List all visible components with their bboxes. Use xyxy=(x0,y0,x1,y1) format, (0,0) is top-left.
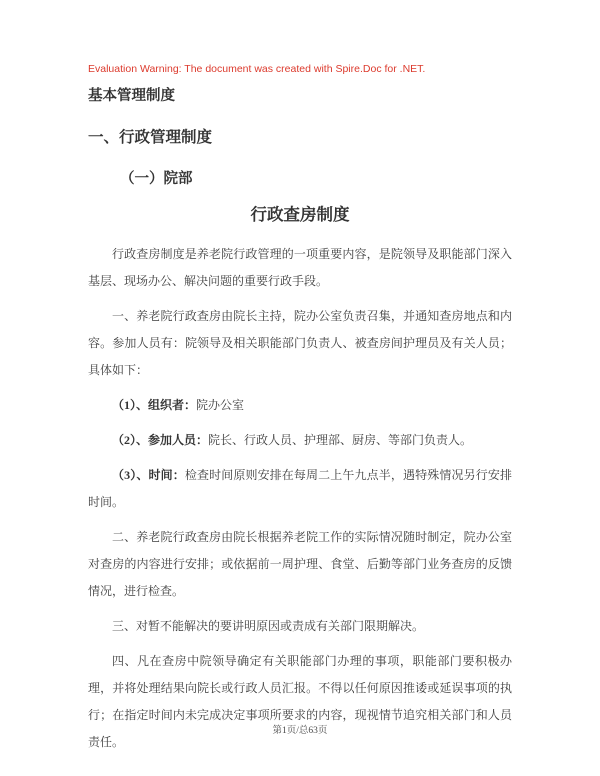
sub-item-3-label: （3）、时间： xyxy=(112,468,185,482)
heading-yuan-bu: （一）院部 xyxy=(88,167,512,188)
sub-item-1: （1）、组织者：院办公室 xyxy=(88,392,512,419)
heading-basic-management-system: 基本管理制度 xyxy=(88,84,512,105)
list-item-1: 一、养老院行政查房由院长主持，院办公室负责召集，并通知查房地点和内容。参加人员有… xyxy=(88,303,512,384)
sub-item-1-text: 院办公室 xyxy=(196,398,244,412)
sub-item-2-text: 院长、行政人员、护理部、厨房、等部门负责人。 xyxy=(208,433,472,447)
paragraph-intro: 行政查房制度是养老院行政管理的一项重要内容，是院领导及职能部门深入基层、现场办公… xyxy=(88,241,512,295)
list-item-2: 二、养老院行政查房由院长根据养老院工作的实际情况随时制定，院办公室对查房的内容进… xyxy=(88,524,512,605)
list-item-3: 三、对暂不能解决的要讲明原因或责成有关部门限期解决。 xyxy=(88,613,512,640)
document-title: 行政查房制度 xyxy=(88,201,512,225)
list-item-4: 四、凡在查房中院领导确定有关职能部门办理的事项，职能部门要积极办理，并将处理结果… xyxy=(88,648,512,756)
heading-administrative-management-system: 一、行政管理制度 xyxy=(88,125,512,147)
sub-item-3: （3）、时间：检查时间原则安排在每周二上午九点半，遇特殊情况另行安排时间。 xyxy=(88,462,512,516)
document-content: Evaluation Warning: The document was cre… xyxy=(0,0,600,756)
sub-item-1-label: （1）、组织者： xyxy=(112,398,196,412)
document-page: Evaluation Warning: The document was cre… xyxy=(0,0,600,776)
sub-item-2-label: （2）、参加人员： xyxy=(112,433,208,447)
page-number: 第1页/总63页 xyxy=(0,722,600,736)
evaluation-warning: Evaluation Warning: The document was cre… xyxy=(88,62,512,76)
sub-item-2: （2）、参加人员：院长、行政人员、护理部、厨房、等部门负责人。 xyxy=(88,427,512,454)
